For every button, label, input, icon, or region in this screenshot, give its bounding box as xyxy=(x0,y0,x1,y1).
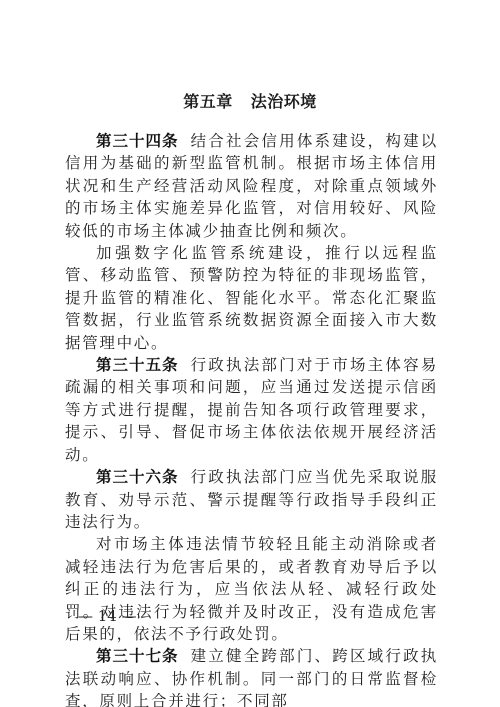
article-35: 第三十五条行政执法部门对于市场主体容易疏漏的相关事项和问题，应当通过发送提示信函… xyxy=(65,354,438,466)
paragraph: 加强数字化监管系统建设，推行以远程监管、移动监管、预警防控为特征的非现场监管，提… xyxy=(65,242,438,354)
article-label: 第三十七条 xyxy=(96,647,179,665)
paragraph-text: 加强数字化监管系统建设，推行以远程监管、移动监管、预警防控为特征的非现场监管，提… xyxy=(65,244,438,352)
chapter-title: 法治环境 xyxy=(251,92,317,111)
article-label: 第三十四条 xyxy=(96,132,179,150)
article-37: 第三十七条建立健全跨部门、跨区域行政执法联动响应、协作机制。同一部门的日常监督检… xyxy=(65,645,438,707)
article-34: 第三十四条结合社会信用体系建设，构建以信用为基础的新型监管机制。根据市场主体信用… xyxy=(65,130,438,242)
paragraph-text: 对市场主体违法情节较轻且能主动消除或者减轻违法行为危害后果的，或者教育劝导后予以… xyxy=(65,535,438,643)
article-label: 第三十五条 xyxy=(96,356,179,374)
article-label: 第三十六条 xyxy=(96,468,179,486)
paragraph: 对市场主体违法情节较轻且能主动消除或者减轻违法行为危害后果的，或者教育劝导后予以… xyxy=(65,533,438,645)
document-page: 第五章法治环境 第三十四条结合社会信用体系建设，构建以信用为基础的新型监管机制。… xyxy=(0,0,500,707)
chapter-heading: 第五章法治环境 xyxy=(0,89,500,112)
article-36: 第三十六条行政执法部门应当优先采取说服教育、劝导示范、警示提醒等行政指导手段纠正… xyxy=(65,466,438,533)
page-number: — 14 — xyxy=(78,607,137,625)
chapter-number: 第五章 xyxy=(183,92,233,111)
